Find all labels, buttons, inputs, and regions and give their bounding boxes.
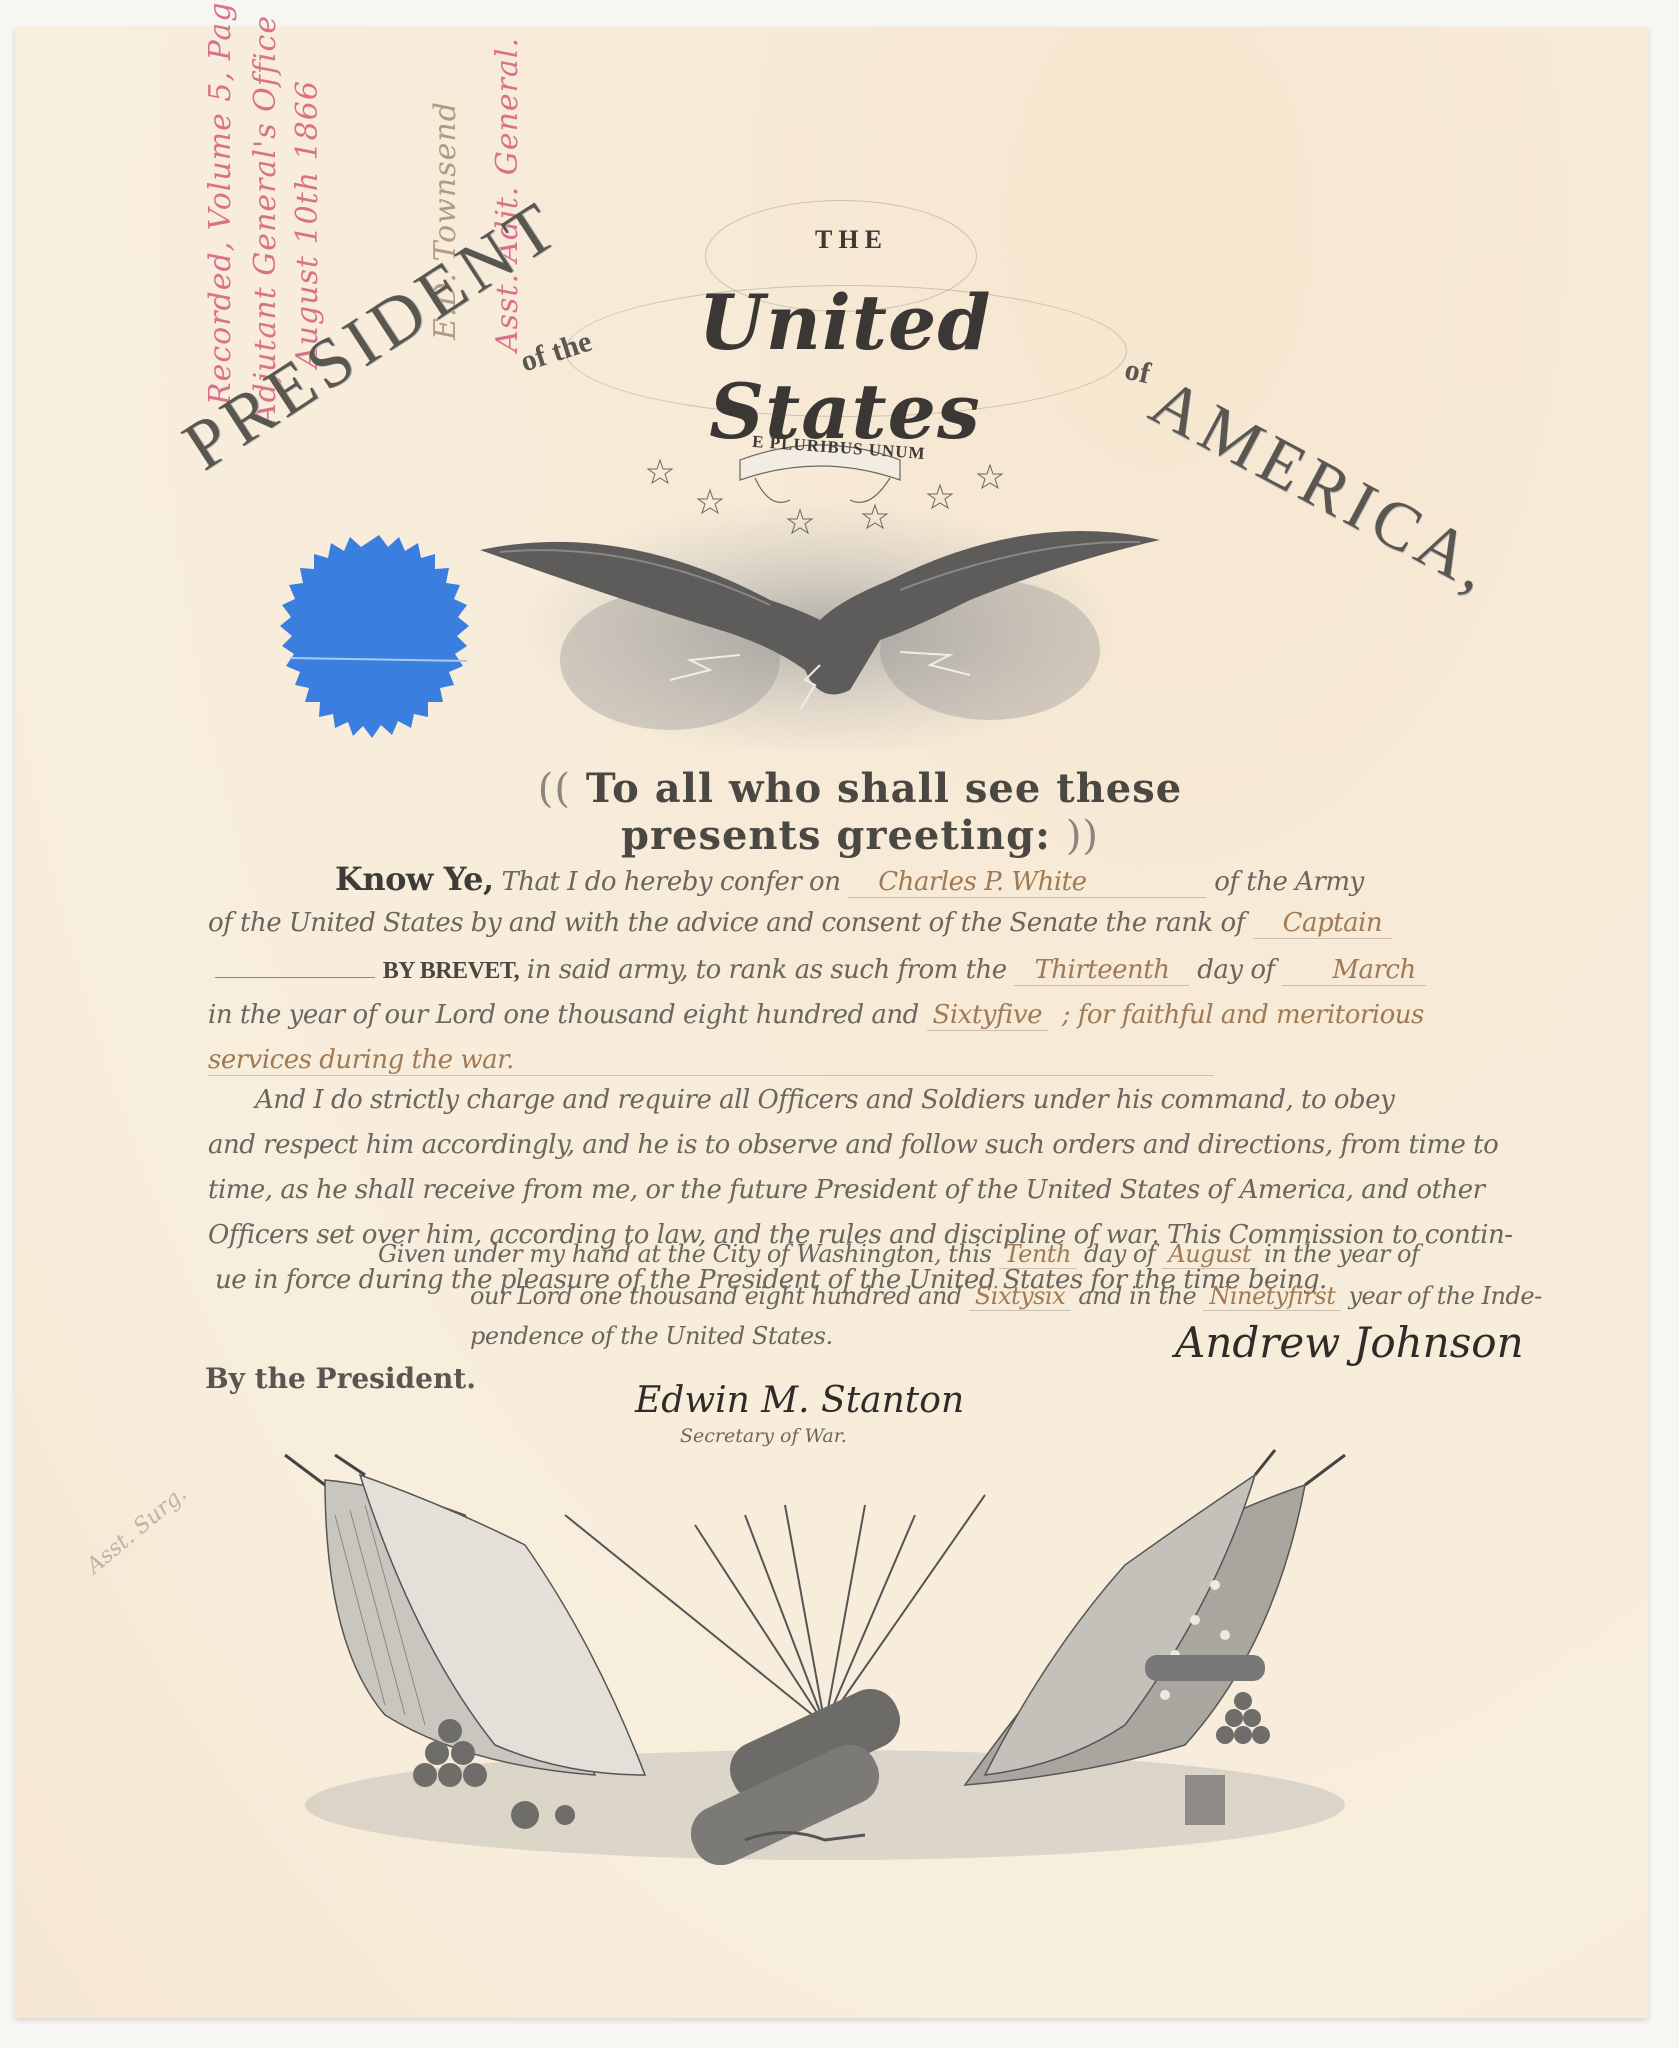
given-line-1-content: Given under my hand at the City of Washi…	[378, 1240, 1419, 1268]
blue-seal-icon	[262, 533, 497, 751]
rank-value: Captain	[1253, 908, 1393, 939]
greeting-line: (( To all who shall see these presents g…	[450, 765, 1270, 859]
given-line-3: pendence of the United States.	[470, 1322, 833, 1350]
president-signature: Andrew Johnson	[1175, 1318, 1524, 1367]
given-month: August	[1162, 1240, 1257, 1269]
body-line-5: services during the war.	[208, 1045, 1214, 1075]
body-p2-line-3: time, as he shall receive from me, or th…	[208, 1175, 1485, 1205]
body-p2-line-2: and respect him accordingly, and he is t…	[208, 1130, 1498, 1160]
military-trophy-vignette-icon	[265, 1445, 1425, 1865]
body-line-1: Know Ye, That I do hereby confer on Char…	[335, 860, 1364, 898]
body-line-2: of the United States by and with the adv…	[208, 908, 1392, 938]
body-line-3: BY BREVET, in said army, to rank as such…	[215, 955, 1426, 985]
secretary-title: Secretary of War.	[680, 1425, 847, 1447]
given-day: Tenth	[999, 1240, 1077, 1269]
rank-day: Thirteenth	[1014, 955, 1189, 986]
by-the-president-label: By the President.	[205, 1362, 476, 1395]
note-recorded: Recorded, Volume 5, Page 6.	[203, 0, 238, 405]
brevet-label: BY BREVET,	[383, 958, 519, 984]
eagle-vignette-icon	[470, 430, 1170, 750]
rank-year: Sixtyfive	[927, 1000, 1048, 1031]
secretary-signature: Edwin M. Stanton	[635, 1380, 964, 1421]
body-p2-line-1: And I do strictly charge and require all…	[255, 1085, 1394, 1115]
independence-year: Ninetyfirst	[1203, 1282, 1341, 1311]
given-year: Sixtysix	[969, 1282, 1071, 1311]
reason-text-cont: services during the war.	[208, 1045, 1214, 1076]
recipient-name: Charles P. White	[848, 867, 1206, 898]
given-line-2: our Lord one thousand eight hundred and …	[470, 1282, 1542, 1310]
know-ye: Know Ye,	[335, 860, 494, 898]
rank-month: March	[1282, 955, 1425, 986]
body-line-4: in the year of our Lord one thousand eig…	[208, 1000, 1430, 1030]
reason-text: ; for faithful and meritorious	[1056, 1000, 1430, 1030]
header-the: THE	[815, 225, 888, 255]
